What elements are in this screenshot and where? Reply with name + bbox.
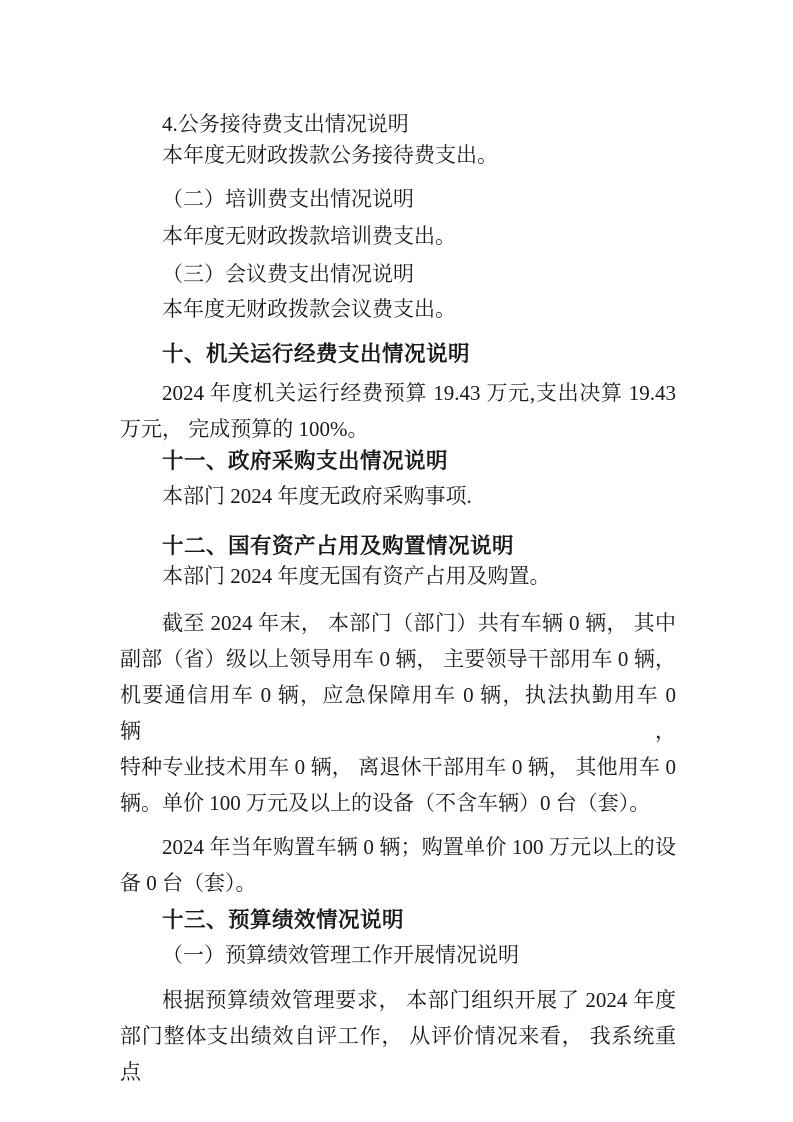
paragraph-line: 副部（省）级以上领导用车 0 辆， 主要领导干部用车 0 辆， [120, 641, 676, 677]
body-reception-expense: 本年度无财政拨款公务接待费支出。 [120, 137, 676, 173]
heading-section-10-operating-expense: 十、机关运行经费支出情况说明 [120, 336, 676, 372]
body-meeting-expense: 本年度无财政拨款会议费支出。 [120, 291, 676, 327]
paragraph-vehicles: 截至 2024 年末， 本部门（部门）共有车辆 0 辆， 其中 副部（省）级以上… [120, 605, 676, 821]
paragraph-line: 2024 年当年购置车辆 0 辆；购置单价 100 万元以上的设 [120, 829, 676, 865]
paragraph-performance-evaluation: 根据预算绩效管理要求， 本部门组织开展了 2024 年度 部门整体支出绩效自评工… [120, 982, 676, 1090]
paragraph-purchases: 2024 年当年购置车辆 0 辆；购置单价 100 万元以上的设 备 0 台（套… [120, 829, 676, 901]
paragraph-line: 根据预算绩效管理要求， 本部门组织开展了 2024 年度 [120, 982, 676, 1018]
heading-section-13-budget-performance: 十三、预算绩效情况说明 [120, 902, 676, 938]
body-state-assets: 本部门 2024 年度无国有资产占用及购置。 [120, 558, 676, 594]
heading-section-11-government-procurement: 十一、政府采购支出情况说明 [120, 443, 676, 479]
paragraph-operating-expense: 2024 年度机关运行经费预算 19.43 万元,支出决算 19.43 万元， … [120, 375, 676, 447]
document-content: 4.公务接待费支出情况说明 本年度无财政拨款公务接待费支出。 （二）培训费支出情… [120, 106, 676, 1090]
subheading-meeting-expense: （三）会议费支出情况说明 [120, 256, 676, 292]
body-government-procurement: 本部门 2024 年度无政府采购事项. [120, 478, 676, 514]
document-page: 4.公务接待费支出情况说明 本年度无财政拨款公务接待费支出。 （二）培训费支出情… [0, 0, 793, 1122]
subheading-performance-management: （一）预算绩效管理工作开展情况说明 [120, 937, 676, 973]
paragraph-line: 特种专业技术用车 0 辆， 离退休干部用车 0 辆， 其他用车 0 [120, 749, 676, 785]
body-training-expense: 本年度无财政拨款培训费支出。 [120, 218, 676, 254]
paragraph-line: 截至 2024 年末， 本部门（部门）共有车辆 0 辆， 其中 [120, 605, 676, 641]
paragraph-line: 辆。单价 100 万元及以上的设备（不含车辆）0 台（套）。 [120, 785, 676, 821]
paragraph-line: 备 0 台（套）。 [120, 865, 676, 901]
paragraph-line: 万元， 完成预算的 100%。 [120, 411, 676, 447]
subheading-training-expense: （二）培训费支出情况说明 [120, 181, 676, 217]
paragraph-line: 机要通信用车 0 辆，应急保障用车 0 辆，执法执勤用车 0 辆， [120, 677, 676, 749]
paragraph-line: 部门整体支出绩效自评工作， 从评价情况来看， 我系统重点 [120, 1018, 676, 1090]
paragraph-line: 2024 年度机关运行经费预算 19.43 万元,支出决算 19.43 [120, 375, 676, 411]
